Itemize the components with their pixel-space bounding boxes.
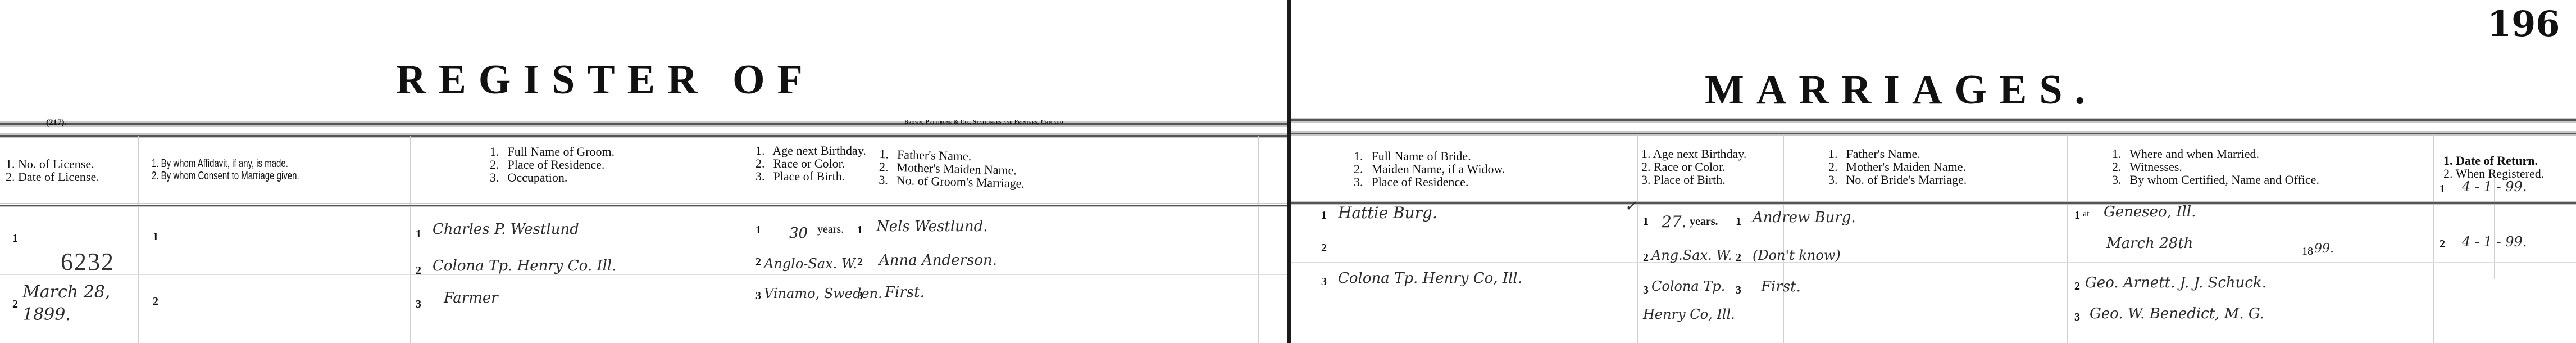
row-label: 1 [2440,183,2445,196]
date-of-return: 4 - 1 - 99. [2462,179,2527,195]
years-label: years. [1690,215,1718,228]
row-label: 3 [857,290,863,303]
row-label: 2 [153,295,158,308]
header-rule-bottom-right [1291,133,2576,134]
column-header-rule-right [1291,202,2576,204]
column-header-rule-left [0,205,1287,206]
year-suffix: 99. [2314,242,2334,256]
row-label: 1 [2074,209,2080,222]
col-divider [1637,134,1638,343]
row-label: 1 [416,228,421,241]
header-return: 1. Date of Return. 2. When Registered. [2443,154,2544,180]
header-bride-age: 1. Age next Birthday. 2. Race or Color. … [1641,147,1746,186]
col-divider [1316,134,1316,343]
book-binding-gutter [1287,0,1291,343]
row-label: 2 [12,298,18,311]
row-label: 2 [2074,280,2080,293]
header-where-married: 1. Where and when Married. 2. Witnesses.… [2112,147,2319,186]
groom-mother: Anna Anderson. [879,252,997,269]
license-number: 6232 [61,247,115,276]
groom-occupation: Farmer [444,290,498,306]
header-license: 1. No. of License. 2. Date of License. [6,157,99,183]
col-divider [1783,134,1784,343]
page-number: 196 [2487,3,2560,44]
row-divider [0,274,1287,275]
bride-birthplace-line2: Henry Co, Ill. [1643,306,1735,322]
groom-name: Charles P. Westlund [433,221,579,238]
col-divider [750,136,750,343]
row-label: 2 [416,264,421,277]
bride-marriage-number: First. [1761,278,1801,295]
row-label: 3 [1643,284,1649,297]
groom-birthplace: Vinamo, Sweden. [764,286,882,301]
married-at-label: at [2083,209,2090,219]
col-divider [2067,134,2068,343]
header-rule-top-right [1291,119,2576,121]
row-label: 2 [1643,251,1649,264]
row-label: 2 [2440,238,2445,251]
when-registered: 4 - 1 - 99. [2462,234,2527,250]
married-where: Geneseo, Ill. [2104,204,2196,220]
row-label: 2 [755,256,761,269]
row-label: 1 [12,232,18,245]
row-label: 3 [416,298,421,311]
bride-mother: (Don't know) [1753,247,1841,263]
printer-imprint: Brown, Pettibone & Co., Stationers and P… [904,119,1063,125]
bride-father: Andrew Burg. [1753,209,1856,226]
left-page-title: REGISTER OF [396,56,815,104]
groom-marriage-number: First. [885,284,925,301]
groom-race: Anglo-Sax. W. [764,256,857,272]
row-label: 1 [1321,209,1327,222]
row-label: 3 [1736,284,1741,297]
row-label: 3 [755,290,761,303]
col-divider [1258,136,1259,343]
row-label: 1 [1736,215,1741,228]
col-divider [410,136,411,343]
groom-residence: Colona Tp. Henry Co. Ill. [433,258,617,274]
bride-birthplace-line1: Colona Tp. [1651,278,1725,294]
row-label: 1 [755,224,761,237]
check-mark: ✓ [1624,198,1637,215]
header-affidavit-consent: 1. By whom Affidavit, if any, is made. 2… [152,157,299,182]
certified-by: Geo. W. Benedict, M. G. [2090,305,2264,322]
header-groom: 1. Full Name of Groom. 2. Place of Resid… [490,145,615,184]
license-date: March 28, 1899. [22,281,124,326]
header-rule-top-left [0,123,1287,125]
bride-age: 27. [1662,213,1687,231]
witnesses: Geo. Arnett. J. J. Schuck. [2085,274,2266,291]
header-groom-parents: 1. Father's Name. 2. Mother's Maiden Nam… [879,147,1025,190]
groom-father: Nels Westlund. [876,218,988,235]
row-label: 3 [2074,311,2080,324]
header-bride-parents: 1. Father's Name. 2. Mother's Maiden Nam… [1828,147,1967,186]
header-rule-bottom-left [0,135,1287,137]
row-label: 1 [857,224,863,237]
married-when: March 28th [2106,235,2193,252]
groom-age: 30 [789,225,808,242]
bride-name: Hattie Burg. [1338,204,1437,222]
row-label: 2 [1736,251,1741,264]
right-page-title: MARRIAGES. [1705,66,2097,114]
col-divider [2433,134,2434,343]
header-groom-age: 1. Age next Birthday. 2. Race or Color. … [755,144,866,183]
year-prefix: 18 [2302,245,2313,258]
row-divider [1291,262,2576,263]
bride-race: Ang.Sax. W. [1651,247,1732,263]
row-label: 1 [153,231,158,243]
bride-residence: Colona Tp. Henry Co, Ill. [1338,270,1522,287]
row-label: 1 [1643,215,1649,228]
years-label: years. [817,223,844,236]
row-label: 2 [1321,242,1327,255]
header-bride: 1. Full Name of Bride. 2. Maiden Name, i… [1354,150,1505,188]
col-divider [138,136,139,343]
row-label: 2 [857,256,863,269]
form-number: (217). [46,118,66,128]
row-label: 3 [1321,276,1327,288]
